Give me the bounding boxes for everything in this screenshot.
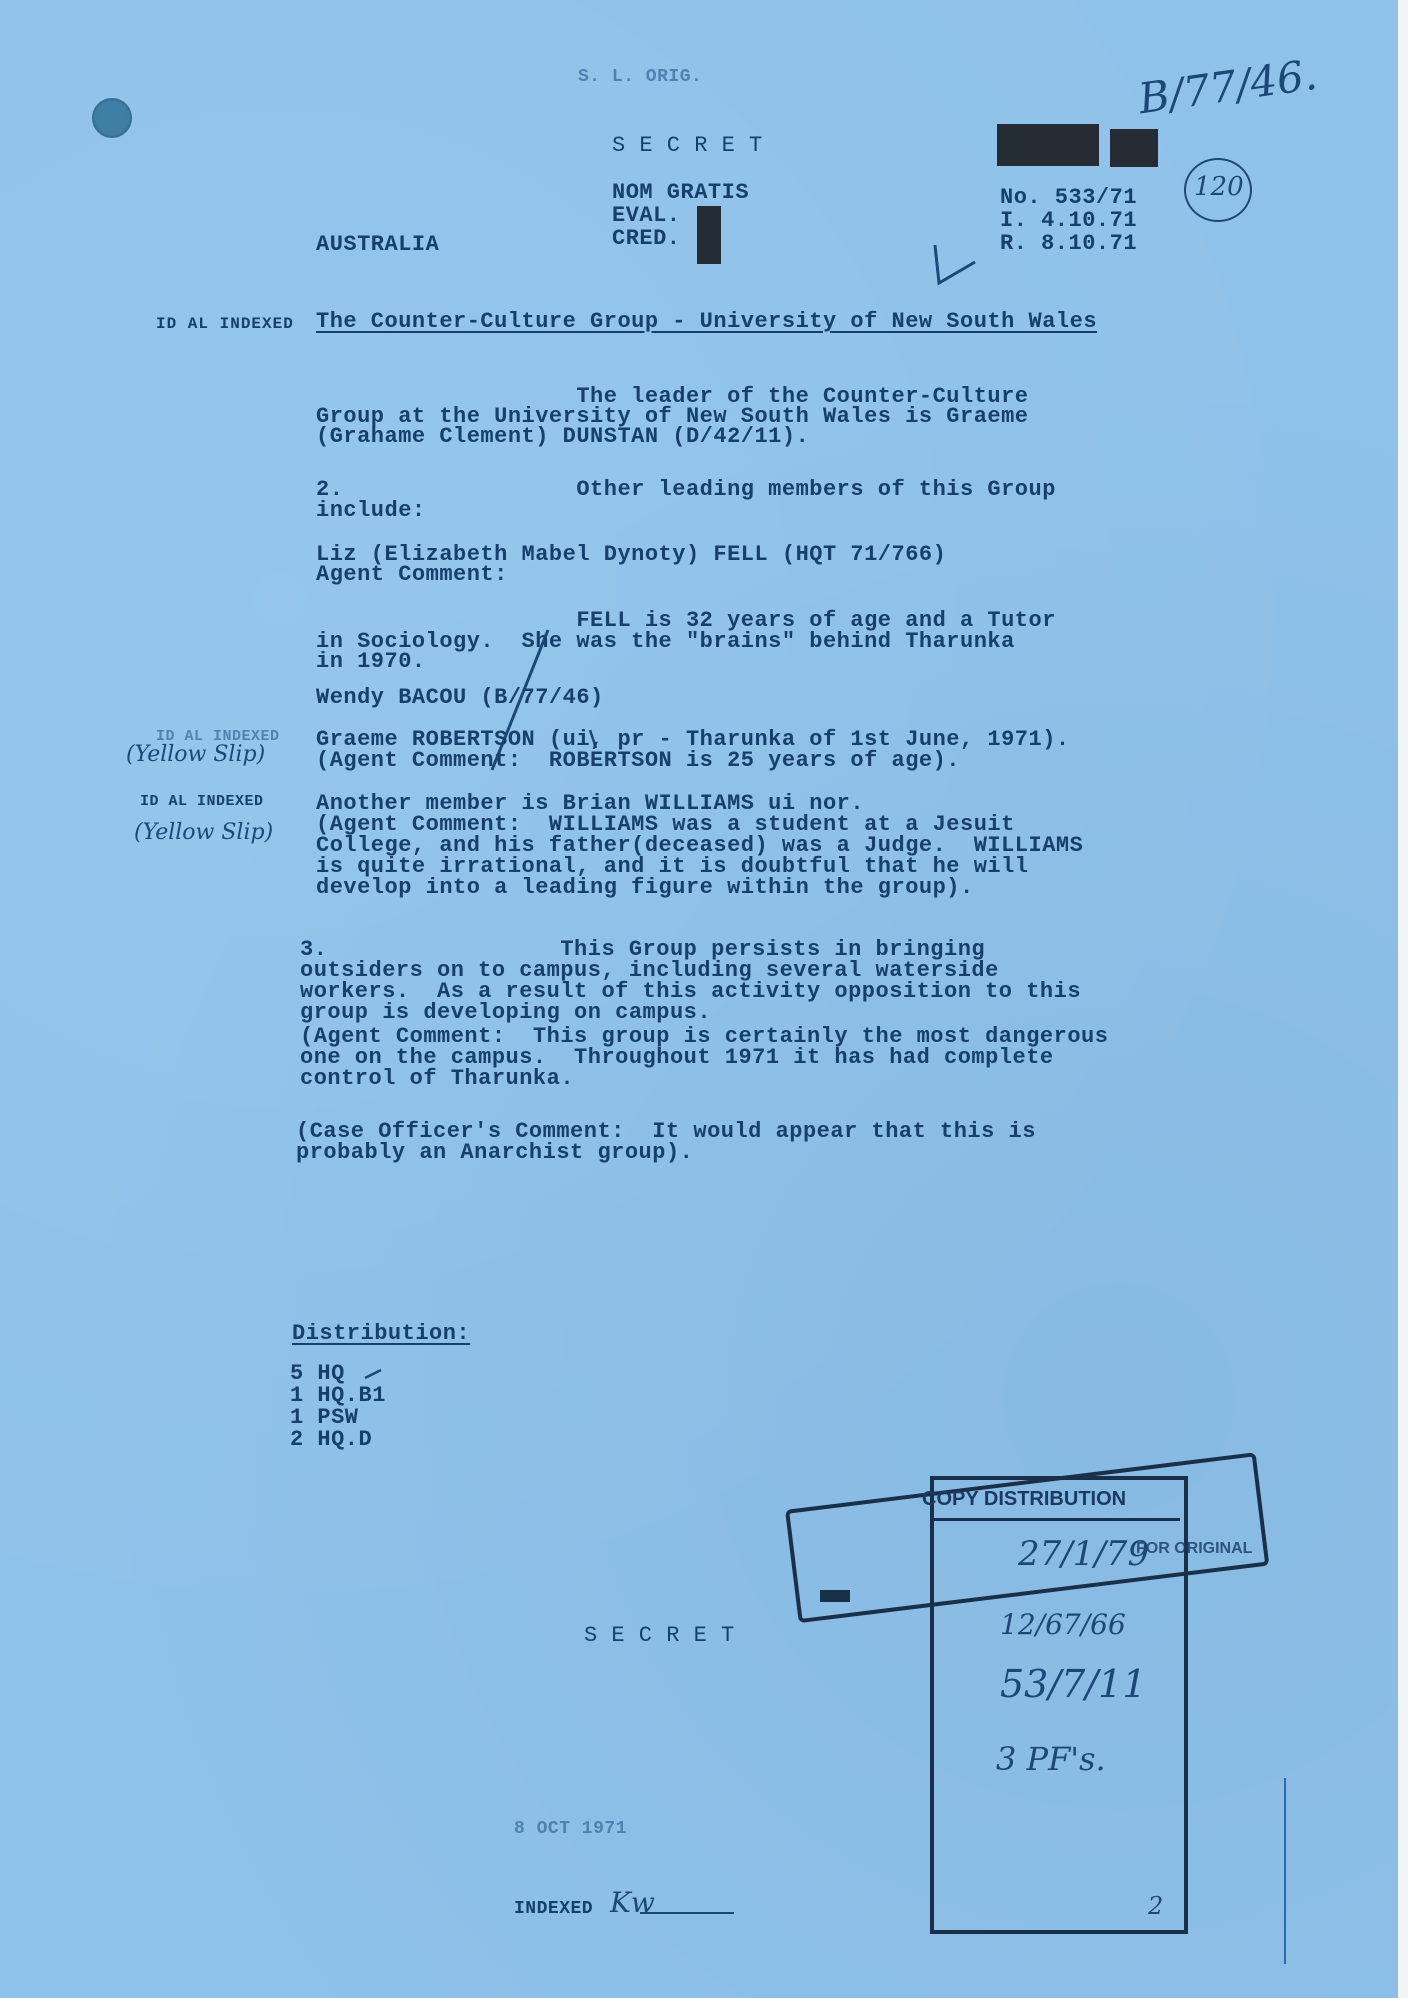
stamp-header: COPY DISTRIBUTION	[922, 1488, 1126, 1511]
distribution-item: 1 HQ.B1	[290, 1384, 386, 1407]
paragraph-line: probably an Anarchist group).	[296, 1141, 693, 1164]
scan-edge	[1398, 0, 1408, 1998]
indexed-label: INDEXED	[514, 1898, 593, 1921]
paragraph-line: develop into a leading figure within the…	[316, 876, 974, 899]
stamp-entry: 3 PF's.	[996, 1740, 1106, 1778]
distribution-item: 5 HQ	[290, 1362, 345, 1385]
distribution-heading: Distribution:	[292, 1322, 470, 1345]
margin-yellow-slip-note: (Yellow Slip)	[134, 820, 273, 845]
distribution-item: 2 HQ.D	[290, 1428, 372, 1451]
paragraph-line: group is developing on campus.	[300, 1001, 711, 1024]
indexed-stamp: ID AL INDEXED	[156, 313, 294, 336]
paragraph-line: (Grahame Clement) DUNSTAN (D/42/11).	[316, 425, 809, 448]
paragraph-line: 2. Other leading members of this Group	[316, 478, 1056, 501]
stamp-entry: 53/7/11	[1000, 1662, 1147, 1706]
document-page: S. L. ORIG. B/77/46. S E C R E T NOM GRA…	[0, 0, 1398, 1998]
stamp-entry: 27/1/79	[1018, 1534, 1149, 1574]
indexed-signature-line	[640, 1912, 734, 1914]
distribution-item: 1 PSW	[290, 1406, 359, 1429]
classification-bottom: S E C R E T	[584, 1624, 735, 1647]
paragraph-line: in 1970.	[316, 650, 426, 673]
margin-yellow-slip-note: (Yellow Slip)	[126, 742, 265, 767]
stamp-page-number: 2	[1148, 1892, 1163, 1920]
paragraph-line: (Agent Comment: ROBERTSON is 25 years of…	[316, 749, 960, 772]
member-bacou: Wendy BACOU (B/77/46)	[316, 686, 604, 709]
received-date-stamp: 8 OCT 1971	[514, 1818, 627, 1841]
stamp-blot	[820, 1590, 850, 1602]
margin-indexed-stamp: ID AL INDEXED	[140, 790, 264, 813]
paragraph-line: include:	[316, 499, 426, 522]
document-title: The Counter-Culture Group - University o…	[316, 310, 1097, 333]
stamp-entry: 12/67/66	[1000, 1608, 1126, 1641]
paragraph-line: Agent Comment:	[316, 563, 508, 586]
paragraph-line: control of Tharunka.	[300, 1067, 574, 1090]
stamp-overlay-text: FOR ORIGINAL	[1136, 1540, 1252, 1558]
indexed-initials: Kw	[610, 1886, 655, 1919]
margin-pen-line	[1284, 1778, 1286, 1964]
